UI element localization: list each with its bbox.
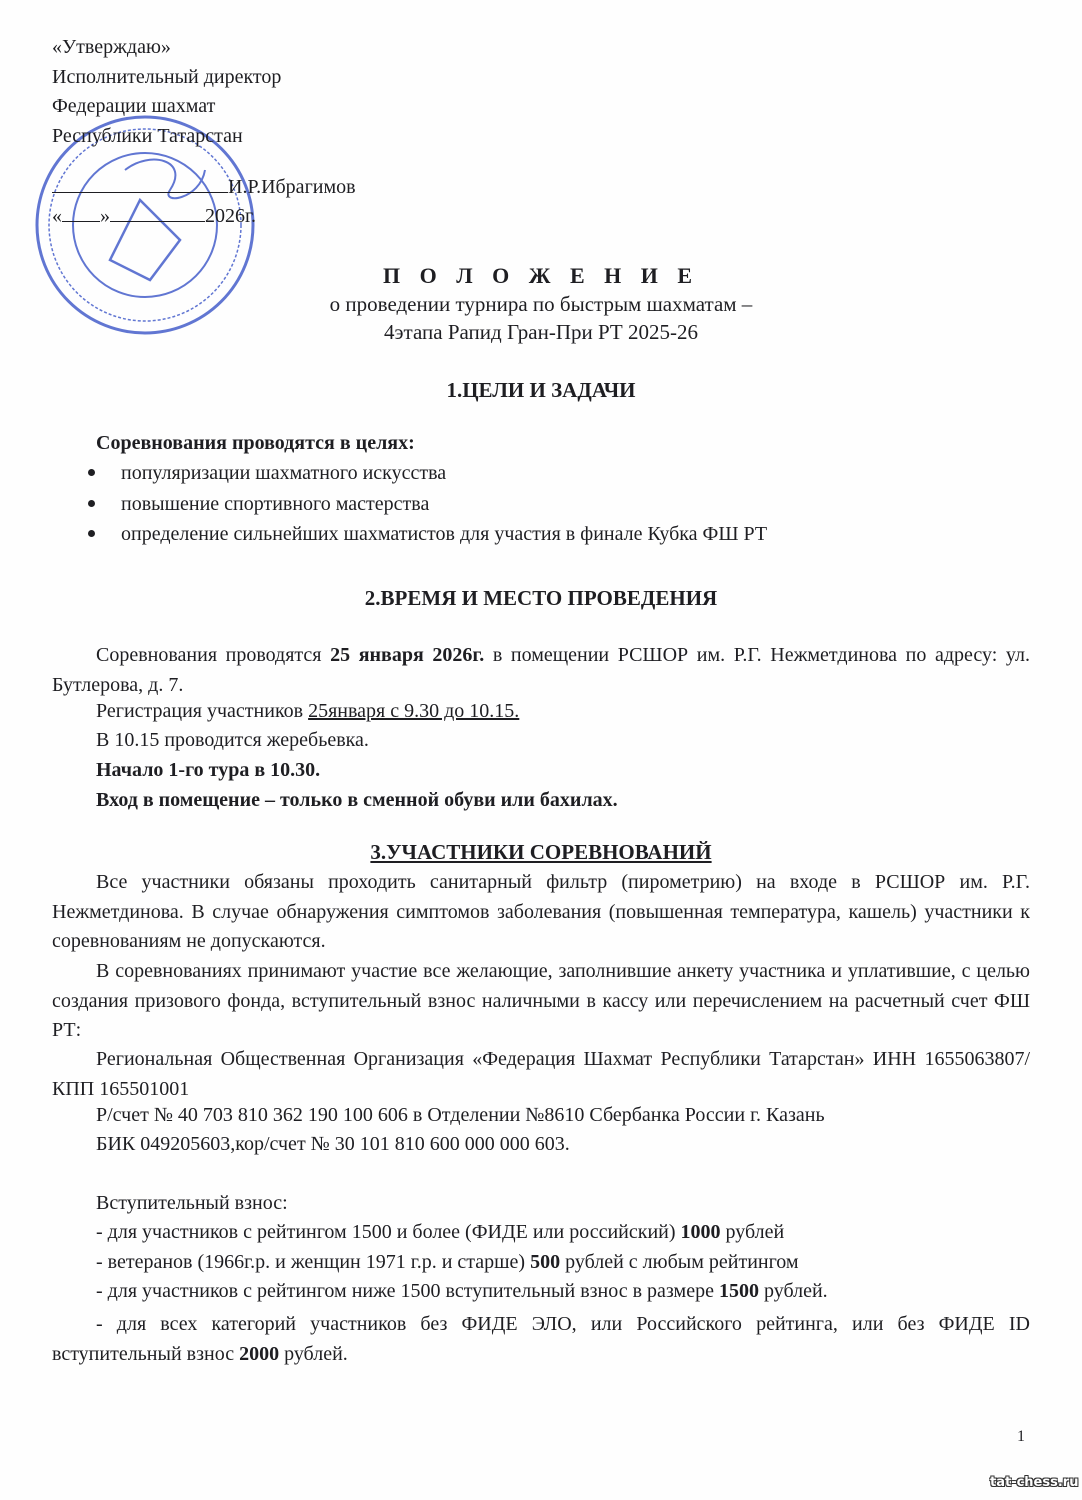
list-item: повышение спортивного мастерства [86,493,767,524]
fee-item: - для участников с рейтингом 1500 и боле… [96,1221,784,1244]
page-number: 1 [1017,1428,1025,1446]
section-heading-participants: 3.УЧАСТНИКИ СОРЕВНОВАНИЙ [0,840,1082,865]
document-title: П О Л О Ж Е Н И Е [0,263,1082,289]
section-heading-time-place: 2.ВРЕМЯ И МЕСТО ПРОВЕДЕНИЯ [0,586,1082,611]
goals-list: популяризации шахматного искусства повыш… [86,462,767,554]
fee-title: Вступительный взнос: [96,1192,288,1215]
bullet-icon [88,469,95,476]
document-subtitle: о проведении турнира по быстрым шахматам… [0,292,1082,317]
time-place-paragraph: Соревнования проводятся 25 января 2026г.… [52,641,1030,700]
approval-line: Исполнительный директор [52,63,281,93]
bank-account: Р/счет № 40 703 810 362 190 100 606 в От… [96,1104,825,1127]
approval-line: «Утверждаю» [52,33,281,63]
date-line: «»2026г. [52,205,256,228]
fee-item: - ветеранов (1966г.р. и женщин 1971 г.р.… [96,1251,799,1274]
bik-line: БИК 049205603,кор/счет № 30 101 810 600 … [96,1133,570,1156]
signature-line: И.Р.Ибрагимов [52,176,356,199]
entry-rule-line: Вход в помещение – только в сменной обув… [96,789,618,812]
bullet-icon [88,500,95,507]
approval-block: «Утверждаю» Исполнительный директор Феде… [52,33,281,151]
signatory-name: И.Р.Ибрагимов [228,176,356,198]
participants-paragraph: В соревнованиях принимают участие все же… [52,957,1030,1046]
site-watermark: tat-chess.ru [990,1475,1078,1490]
event-date: 25 января 2026г. [330,644,484,666]
section-heading-goals: 1.ЦЕЛИ И ЗАДАЧИ [0,378,1082,403]
goals-lead: Соревнования проводятся в целях: [96,432,415,455]
registration-line: Регистрация участников 25января с 9.30 д… [96,700,519,723]
approval-line: Республики Татарстан [52,122,281,152]
document-subtitle: 4этапа Рапид Гран-При РТ 2025-26 [0,320,1082,345]
participants-paragraph: Все участники обязаны проходить санитарн… [52,868,1030,957]
list-item: популяризации шахматного искусства [86,462,767,493]
registration-time: 25января с 9.30 до 10.15. [308,700,519,722]
approval-year: 2026г. [205,205,256,227]
bullet-icon [88,530,95,537]
document-page: «Утверждаю» Исполнительный директор Феде… [0,0,1082,1500]
fee-item: - для всех категорий участников без ФИДЕ… [52,1310,1030,1369]
approval-line: Федерации шахмат [52,92,281,122]
draw-line: В 10.15 проводится жеребьевка. [96,729,369,752]
list-item: определение сильнейших шахматистов для у… [86,523,767,554]
fee-item: - для участников с рейтингом ниже 1500 в… [96,1280,828,1303]
start-line: Начало 1-го тура в 10.30. [96,759,320,782]
organization-details: Региональная Общественная Организация «Ф… [52,1045,1030,1104]
